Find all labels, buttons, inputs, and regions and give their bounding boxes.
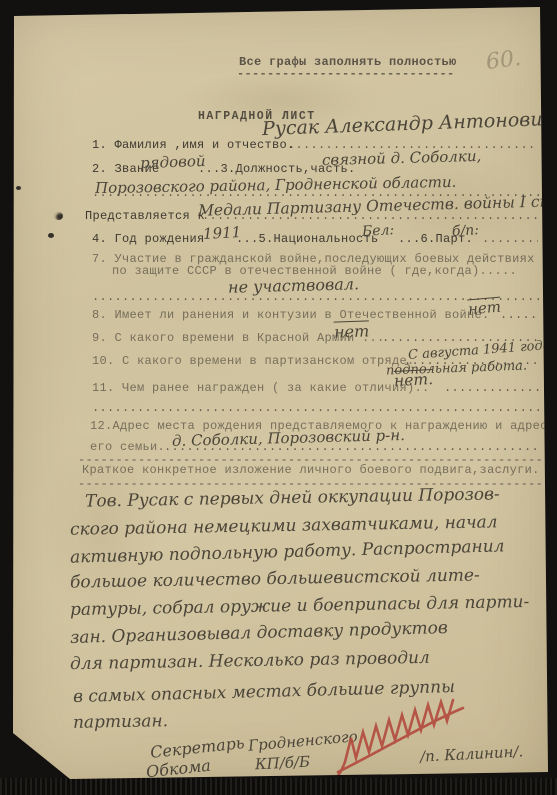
paper-sheet: 60. Все графы заполнять полностью ------…	[0, 0, 557, 795]
field-8-label: 8. Имеет ли ранения и контузии в Отечест…	[92, 308, 490, 322]
spacer-dot-row: ........................................…	[92, 401, 544, 415]
field-1-label: 1. Фамилия ,имя и отчество.	[92, 138, 295, 152]
field-11-label: 11. Чем ранее награжден ( за какие отлич…	[92, 381, 430, 395]
paper-hole	[54, 212, 63, 220]
paper-hole	[48, 233, 54, 238]
field-9-handwritten-answer: нет	[334, 321, 370, 341]
field-6-dot-leader: ........................................…	[482, 232, 538, 246]
field-11-handwritten-answer: нет.	[394, 370, 434, 390]
pencil-page-number: 60.	[485, 46, 523, 75]
scanner-edge-texture	[0, 778, 557, 795]
signature-org-line2: КП/б/Б	[255, 753, 311, 774]
narrative-line: ратуры, собрал оружие и боеприпасы для п…	[70, 592, 530, 620]
field-6-handwritten-party: б/п:	[451, 222, 479, 240]
field-12-label-line2: его семьи.	[90, 440, 165, 454]
narrative-line: активную подпольную работу. Распространи…	[70, 536, 505, 567]
narrative-line: зан. Организовывал доставку продуктов	[70, 618, 448, 648]
paper-hole	[16, 186, 21, 190]
narrative-line: для партизан. Несколько раз проводил	[70, 648, 430, 674]
field-5-handwritten-nationality: Бел:	[362, 222, 395, 240]
field-8-handwritten-answer: нет	[467, 298, 501, 319]
field-8-dot-leader: ........................................…	[500, 308, 540, 322]
note-underline: ----------------------------------------…	[237, 67, 455, 81]
narrative-line: партизан.	[73, 711, 168, 733]
field-10-label: 10. С какого времени в партизанском отря…	[92, 354, 415, 368]
field-5-label: ...5.Национальность	[236, 232, 379, 246]
narrative-line: ского района немецкими захватчиками, нач…	[70, 512, 498, 539]
scanned-award-document: 60. Все графы заполнять полностью ------…	[0, 0, 557, 795]
field-3-handwritten-duty: связной д. Соболки,	[322, 147, 482, 169]
field-11-dot-leader: ........................................…	[444, 381, 540, 395]
field-4-label: 4. Год рождения	[92, 232, 205, 246]
field-2-handwritten-rank: рядовой	[140, 152, 206, 172]
summary-heading: Краткое конкретное изложение личного бое…	[82, 463, 540, 477]
represented-for-label: Представляется к	[85, 209, 205, 223]
narrative-line: большое количество большевистской лите-	[70, 565, 480, 592]
red-pencil-signature	[320, 692, 480, 792]
